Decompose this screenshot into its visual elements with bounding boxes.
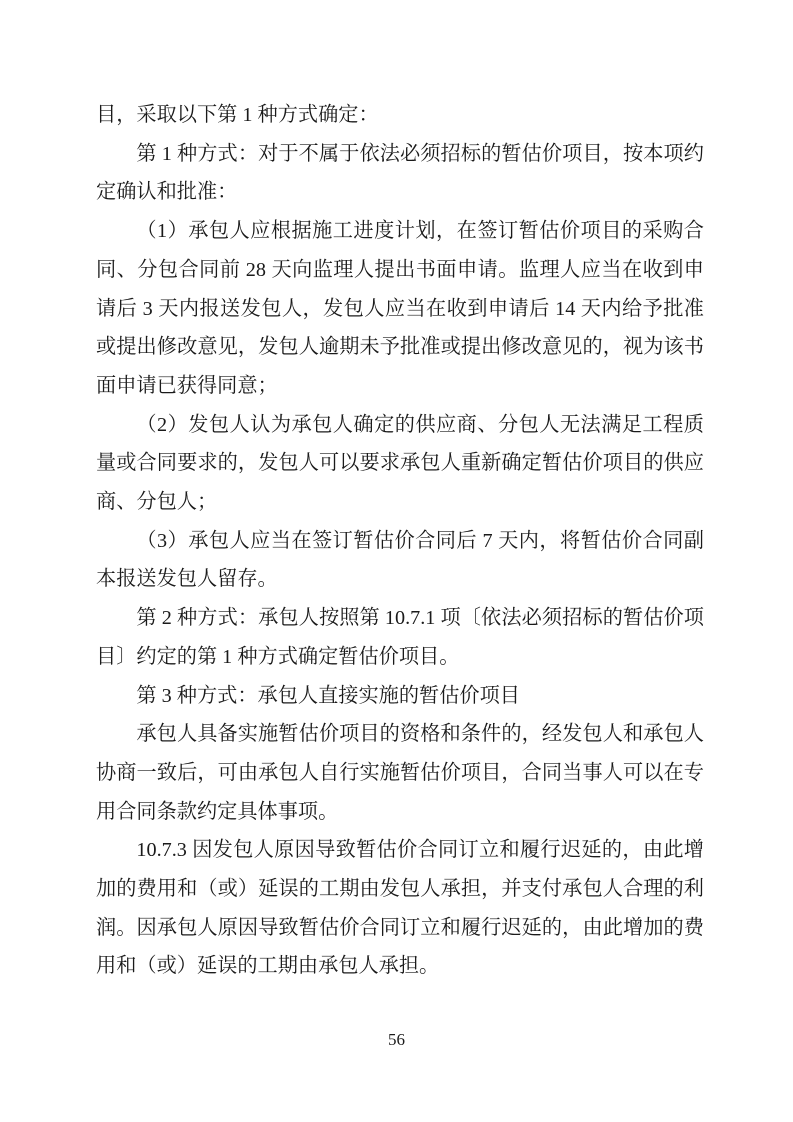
paragraph-item-1: （1）承包人应根据施工进度计划，在签订暂估价项目的采购合同、分包合同前 28 天… — [96, 212, 704, 406]
paragraph-method-2: 第 2 种方式：承包人按照第 10.7.1 项〔依法必须招标的暂估价项目〕约定的… — [96, 599, 704, 676]
paragraph-method-3-detail: 承包人具备实施暂估价项目的资格和条件的，经发包人和承包人协商一致后，可由承包人自… — [96, 715, 704, 831]
paragraph-clause-10-7-3: 10.7.3 因发包人原因导致暂估价合同订立和履行迟延的，由此增加的费用和（或）… — [96, 831, 704, 986]
paragraph-item-2: （2）发包人认为承包人确定的供应商、分包人无法满足工程质量或合同要求的，发包人可… — [96, 406, 704, 522]
paragraph-continuation: 目，采取以下第 1 种方式确定： — [96, 96, 704, 135]
paragraph-method-1: 第 1 种方式：对于不属于依法必须招标的暂估价项目，按本项约定确认和批准： — [96, 135, 704, 212]
document-page: 目，采取以下第 1 种方式确定： 第 1 种方式：对于不属于依法必须招标的暂估价… — [0, 0, 793, 1122]
paragraph-method-3: 第 3 种方式：承包人直接实施的暂估价项目 — [96, 677, 704, 716]
page-number: 56 — [0, 1029, 793, 1051]
paragraph-item-3: （3）承包人应当在签订暂估价合同后 7 天内，将暂估价合同副本报送发包人留存。 — [96, 522, 704, 599]
page-body-text: 目，采取以下第 1 种方式确定： 第 1 种方式：对于不属于依法必须招标的暂估价… — [96, 96, 704, 986]
